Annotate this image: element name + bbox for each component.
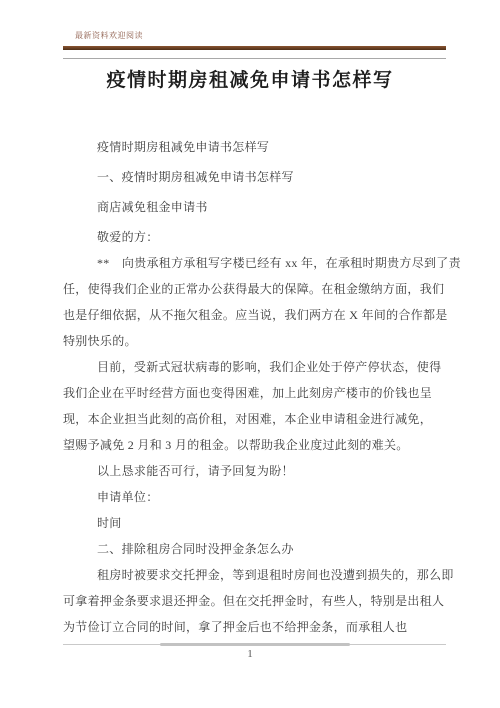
text-line: 望赐予减免 2 月和 3 月的租金。以帮助我企业度过此刻的难关。 [63, 432, 445, 458]
text-line: 任，使得我们企业的正常办公获得最大的保障。在租金缴纳方面，我们 [63, 276, 445, 302]
text-line: 为节俭订立合同的时间，拿了押金后也不给押金条，而承租人也 [63, 614, 445, 640]
paragraph: 疫情时期房租减免申请书怎样写 [63, 134, 445, 160]
document-title: 疫情时期房租减免申请书怎样写 [0, 65, 500, 92]
footer-rule-center [160, 643, 350, 646]
text-line: 申请单位： [63, 484, 445, 510]
paragraph: 申请单位： [63, 484, 445, 510]
paragraph: 商店减免租金申请书 [63, 194, 445, 220]
document-page: 最新资料欢迎阅读 疫情时期房租减免申请书怎样写 疫情时期房租减免申请书怎样写 一… [0, 0, 500, 708]
text-line: 敬爱的方： [63, 224, 445, 250]
paragraph: 租房时被要求交托押金，等到退租时房间也没遭到损失的，那么即 可拿着押金条要求退还… [63, 562, 445, 640]
text-line: 也是仔细依据，从不拖欠租金。应当说，我们两方在 X 年间的合作都是 [63, 302, 445, 328]
text-line: 以上恳求能否可行，请予回复为盼！ [63, 458, 445, 484]
header-rule-thick [63, 46, 446, 50]
paragraph: ** 向贵承租方承租写字楼已经有 xx 年，在承租时期贵方尽到了责 任，使得我们… [63, 250, 445, 354]
text-line: 一、疫情时期房租减免申请书怎样写 [63, 164, 445, 190]
header-notice: 最新资料欢迎阅读 [75, 30, 143, 41]
text-line: 可拿着押金条要求退还押金。但在交托押金时，有些人，特别是出租人 [63, 588, 445, 614]
document-body: 疫情时期房租减免申请书怎样写 一、疫情时期房租减免申请书怎样写 商店减免租金申请… [63, 134, 445, 640]
text-line: 疫情时期房租减免申请书怎样写 [63, 134, 445, 160]
paragraph: 二、排除租房合同时没押金条怎么办 [63, 536, 445, 562]
text-line: 现，本企业担当此刻的高价租，对困难，本企业申请租金进行减免， [63, 406, 445, 432]
text-line: 租房时被要求交托押金，等到退租时房间也没遭到损失的，那么即 [63, 562, 445, 588]
paragraph: 以上恳求能否可行，请予回复为盼！ [63, 458, 445, 484]
page-number: 1 [0, 648, 500, 660]
paragraph: 一、疫情时期房租减免申请书怎样写 [63, 164, 445, 190]
text-line: 我们企业在平时经营方面也变得困难，加上此刻房产楼市的价钱也呈 [63, 380, 445, 406]
text-line: 时间 [63, 510, 445, 536]
text-line: 二、排除租房合同时没押金条怎么办 [63, 536, 445, 562]
text-line: ** 向贵承租方承租写字楼已经有 xx 年，在承租时期贵方尽到了责 [63, 250, 445, 276]
text-line: 目前，受新式冠状病毒的影响，我们企业处于停产停状态，使得 [63, 354, 445, 380]
header-rule-thin [63, 58, 446, 59]
paragraph: 时间 [63, 510, 445, 536]
text-line: 特别快乐的。 [63, 328, 445, 354]
paragraph: 目前，受新式冠状病毒的影响，我们企业处于停产停状态，使得 我们企业在平时经营方面… [63, 354, 445, 458]
text-line: 商店减免租金申请书 [63, 194, 445, 220]
paragraph: 敬爱的方： [63, 224, 445, 250]
